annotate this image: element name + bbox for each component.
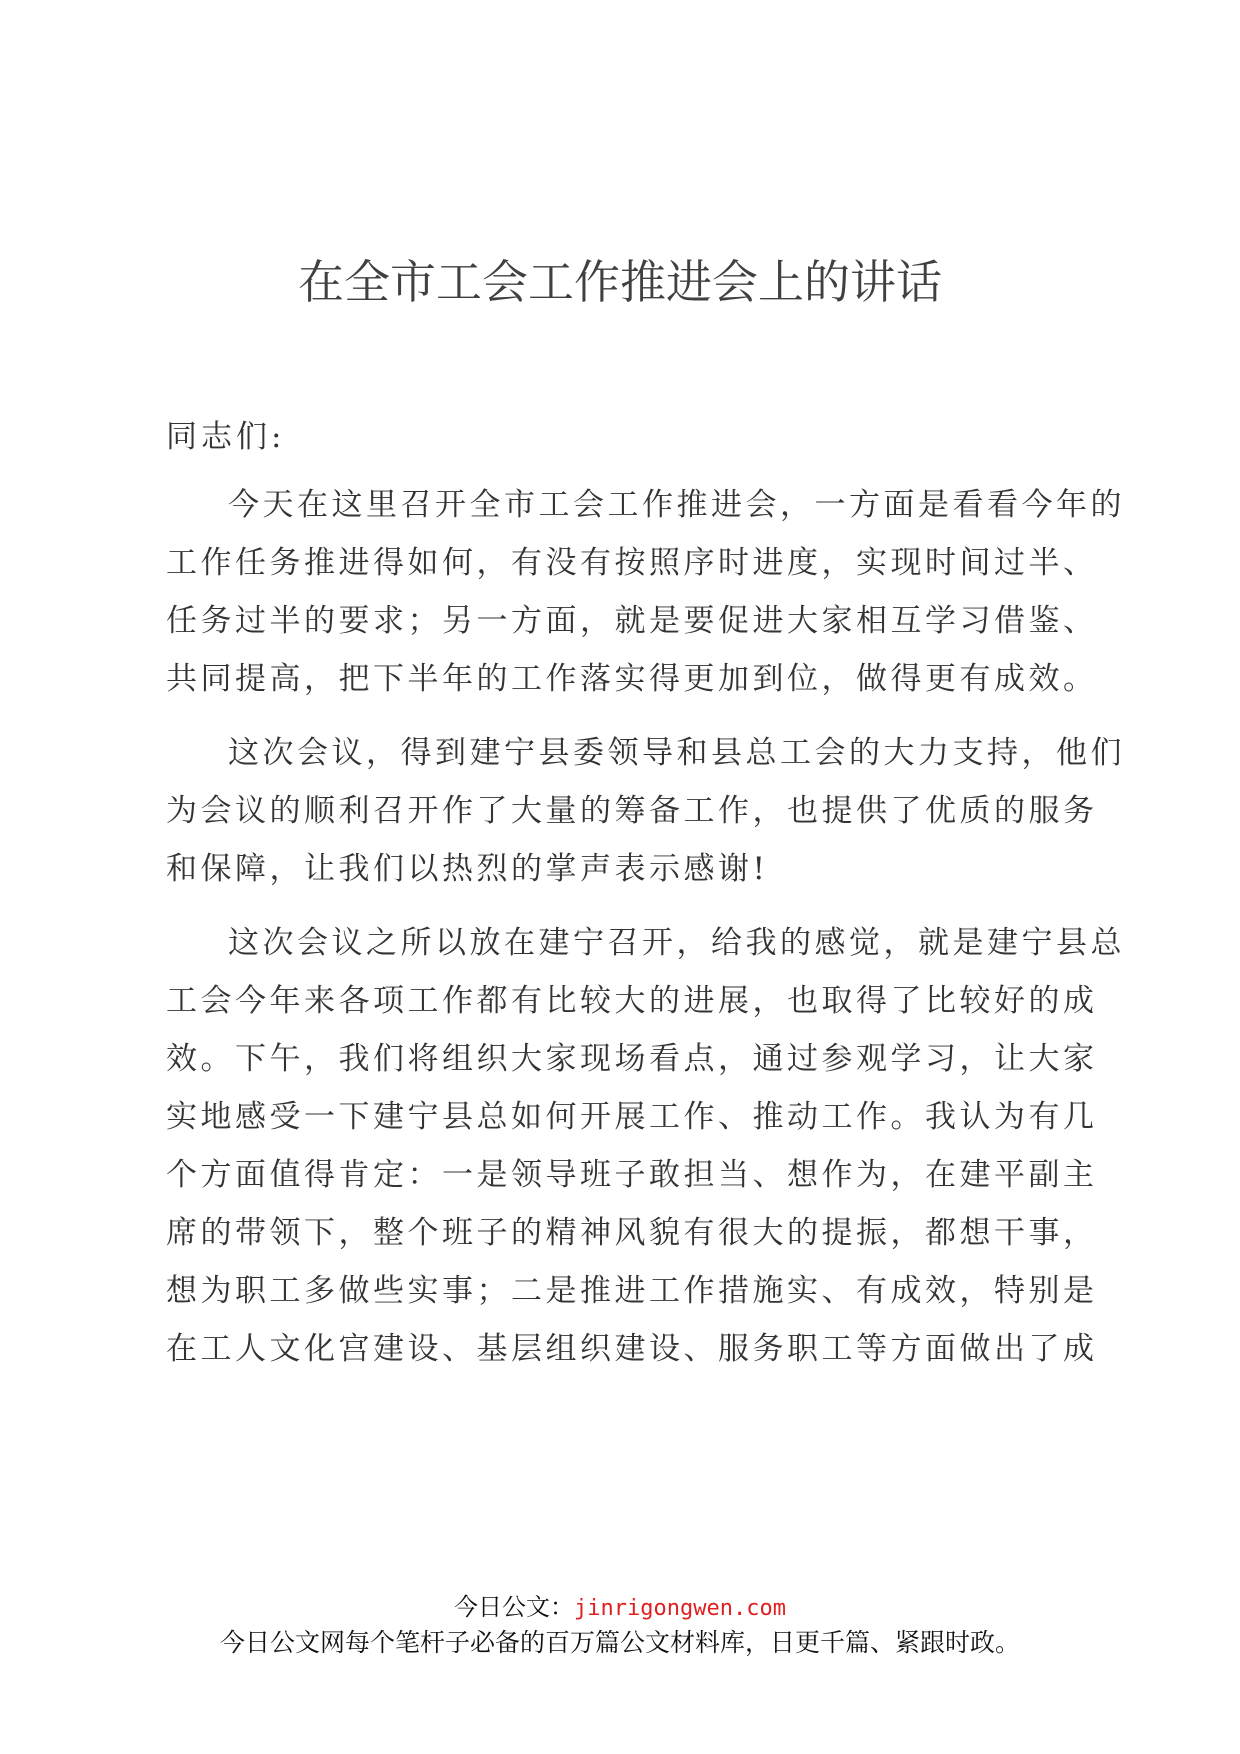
paragraph-line: 共同提高，把下半年的工作落实得更加到位，做得更有成效。 xyxy=(166,650,1082,708)
footer-site-line: 今日公文：jinrigongwen.com xyxy=(0,1590,1240,1626)
paragraph-3: 这次会议之所以放在建宁召开，给我的感觉，就是建宁县总 工会今年来各项工作都有比较… xyxy=(166,914,1082,1378)
paragraph-line: 工作任务推进得如何，有没有按照序时进度，实现时间过半、 xyxy=(166,534,1082,592)
paragraph-line: 个方面值得肯定：一是领导班子敢担当、想作为，在建平副主 xyxy=(166,1146,1082,1204)
paragraph-line: 任务过半的要求；另一方面，就是要促进大家相互学习借鉴、 xyxy=(166,592,1082,650)
paragraph-1: 今天在这里召开全市工会工作推进会，一方面是看看今年的 工作任务推进得如何，有没有… xyxy=(166,476,1082,708)
paragraph-line: 效。下午，我们将组织大家现场看点，通过参观学习，让大家 xyxy=(166,1030,1082,1088)
paragraph-line: 今天在这里召开全市工会工作推进会，一方面是看看今年的 xyxy=(166,476,1082,534)
footer-site-link[interactable]: jinrigongwen.com xyxy=(574,1596,786,1621)
salutation: 同志们: xyxy=(166,408,1082,466)
document-page: 在全市工会工作推进会上的讲话 同志们: 今天在这里召开全市工会工作推进会，一方面… xyxy=(0,0,1240,1754)
paragraph-2: 这次会议，得到建宁县委领导和县总工会的大力支持，他们 为会议的顺利召开作了大量的… xyxy=(166,724,1082,898)
paragraph-line: 实地感受一下建宁县总如何开展工作、推动工作。我认为有几 xyxy=(166,1088,1082,1146)
paragraph-line: 工会今年来各项工作都有比较大的进展，也取得了比较好的成 xyxy=(166,972,1082,1030)
footer-site-label: 今日公文： xyxy=(454,1593,574,1621)
paragraph-line: 为会议的顺利召开作了大量的筹备工作，也提供了优质的服务 xyxy=(166,782,1082,840)
paragraph-line: 这次会议，得到建宁县委领导和县总工会的大力支持，他们 xyxy=(166,724,1082,782)
document-title: 在全市工会工作推进会上的讲话 xyxy=(0,252,1240,312)
paragraph-line: 想为职工多做些实事；二是推进工作措施实、有成效，特别是 xyxy=(166,1262,1082,1320)
paragraph-line: 这次会议之所以放在建宁召开，给我的感觉，就是建宁县总 xyxy=(166,914,1082,972)
paragraph-line: 席的带领下，整个班子的精神风貌有很大的提振，都想干事， xyxy=(166,1204,1082,1262)
paragraph-line: 在工人文化宫建设、基层组织建设、服务职工等方面做出了成 xyxy=(166,1320,1082,1378)
document-body: 同志们: 今天在这里召开全市工会工作推进会，一方面是看看今年的 工作任务推进得如… xyxy=(166,408,1082,1394)
paragraph-line: 和保障，让我们以热烈的掌声表示感谢! xyxy=(166,840,1082,898)
footer-tagline: 今日公文网每个笔杆子必备的百万篇公文材料库，日更千篇、紧跟时政。 xyxy=(0,1626,1240,1660)
